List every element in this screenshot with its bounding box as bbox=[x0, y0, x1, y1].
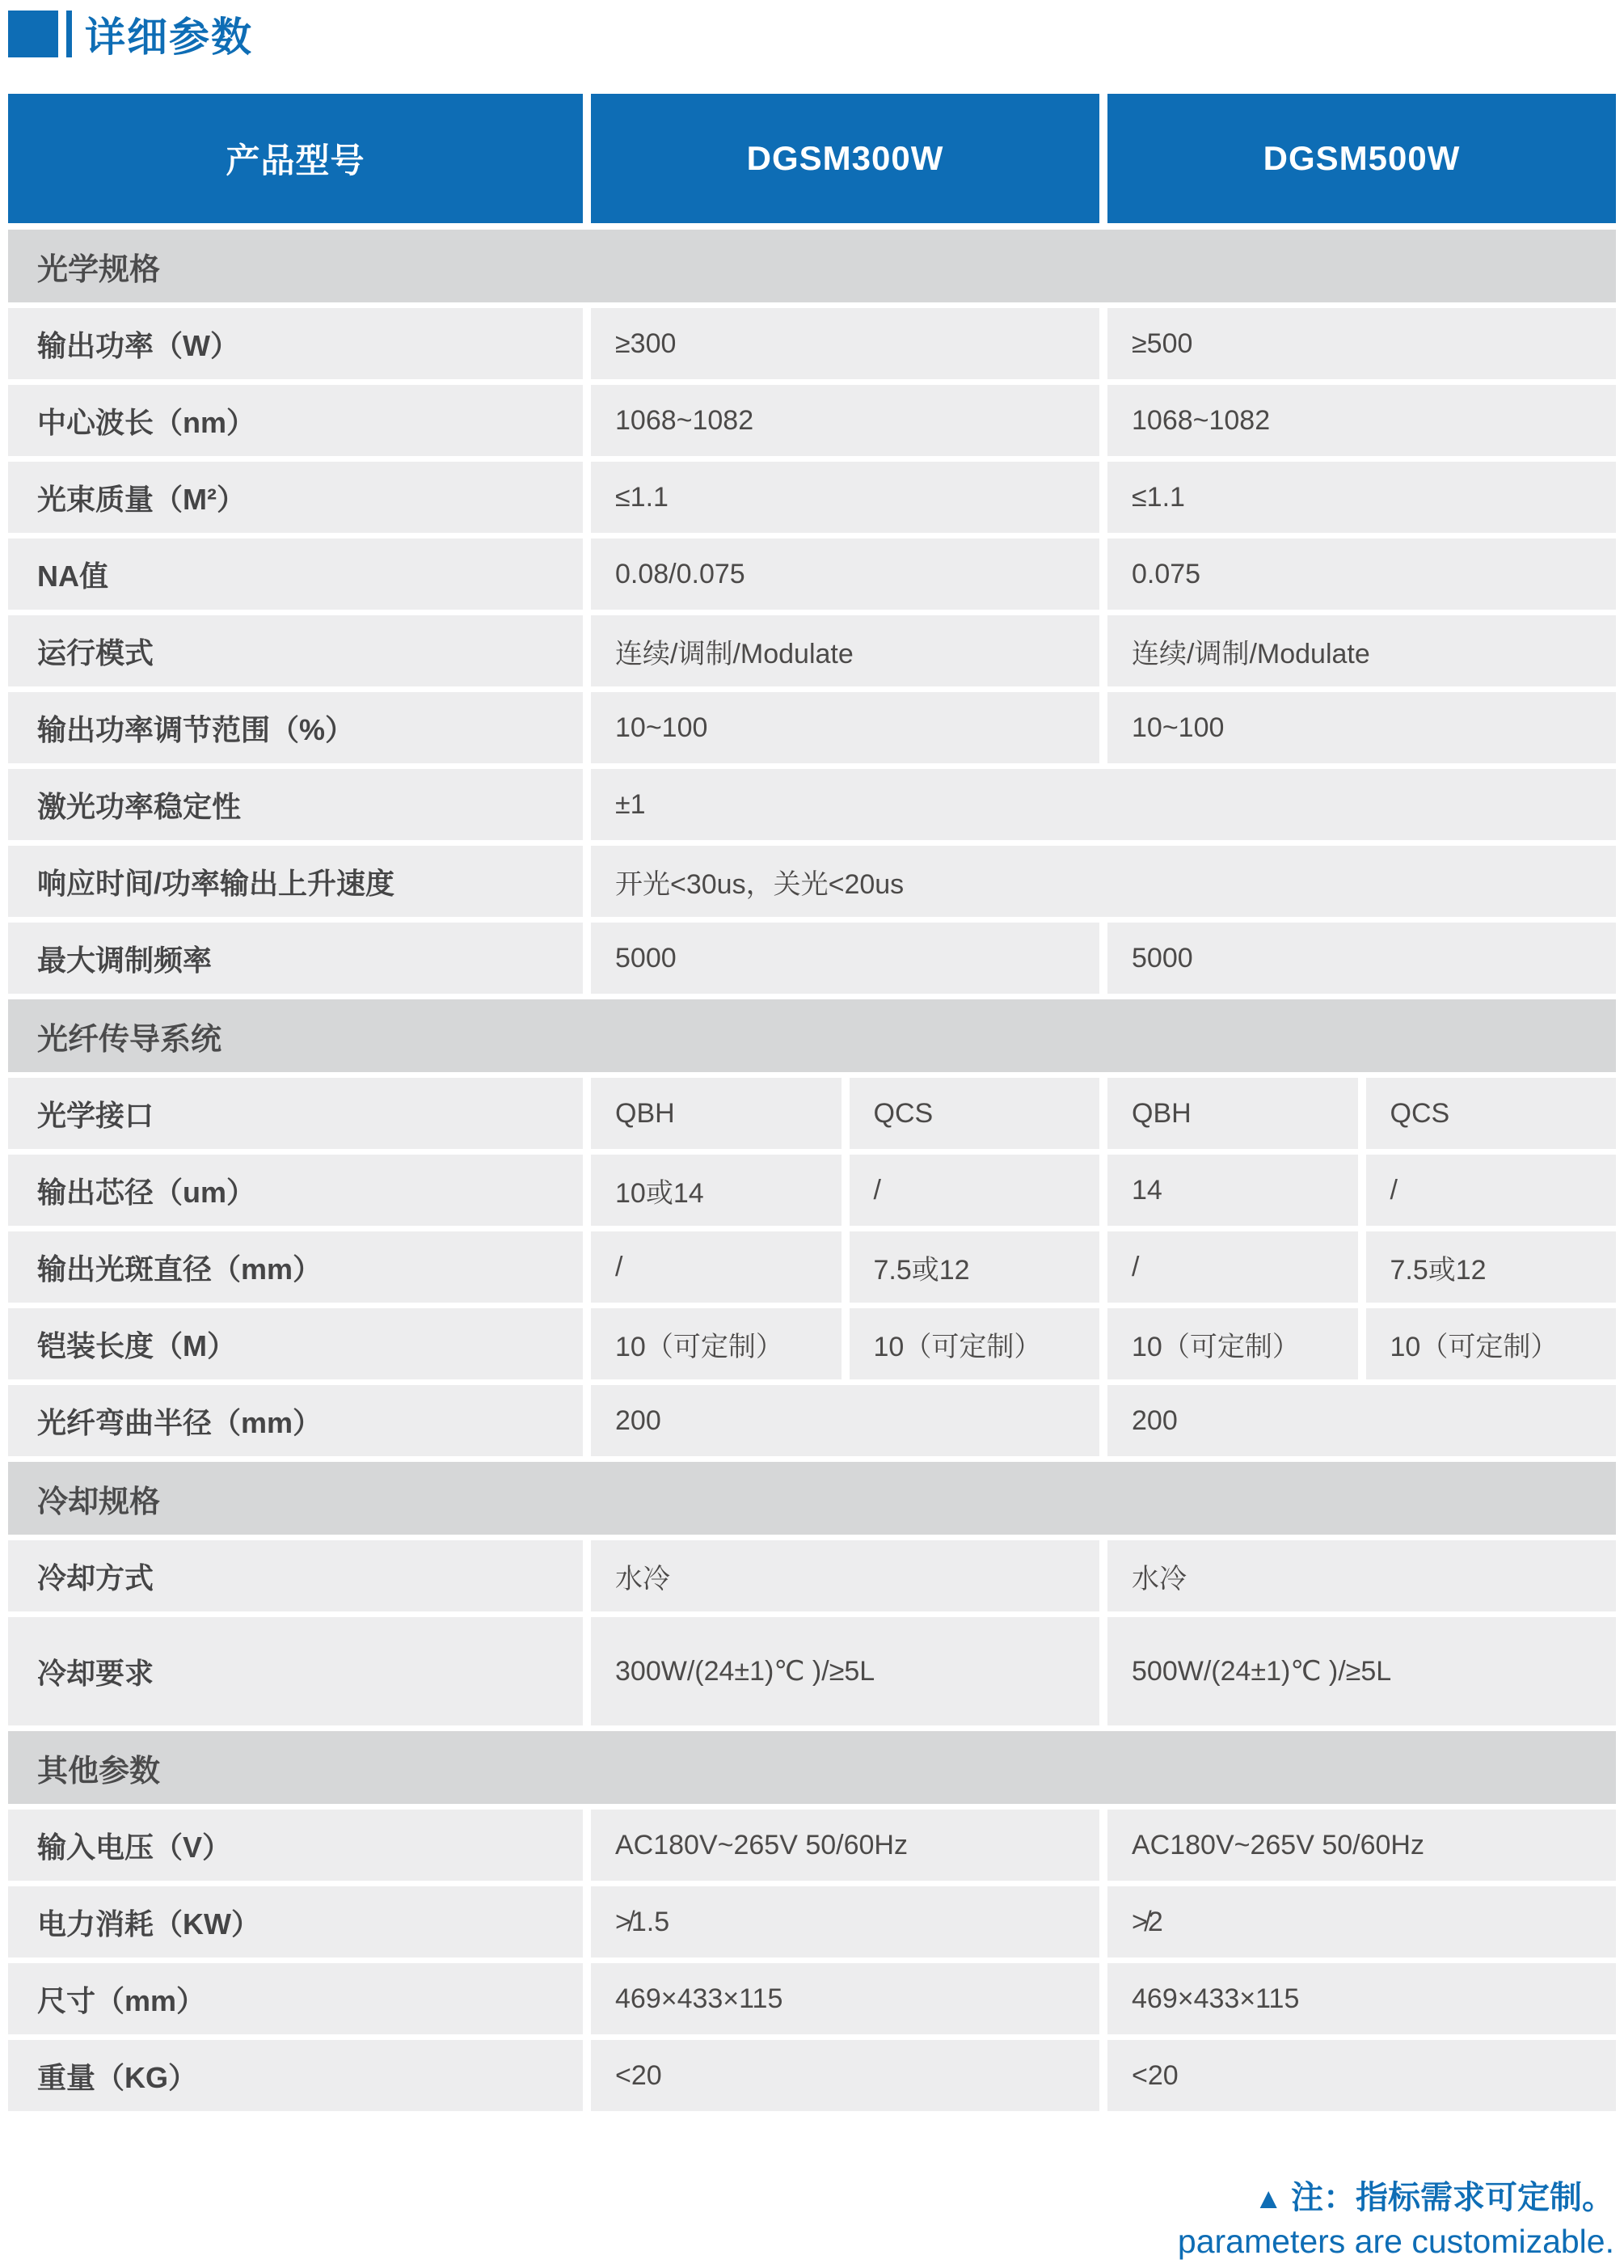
row-value: 连续/调制/Modulate bbox=[1107, 615, 1616, 686]
row-label: 光学接口 bbox=[8, 1078, 583, 1149]
table-row: 输出光斑直径（mm） / 7.5或12 / 7.5或12 bbox=[8, 1231, 1616, 1303]
title-marker-line bbox=[66, 11, 72, 57]
row-value: 水冷 bbox=[591, 1540, 1099, 1611]
row-label: 冷却要求 bbox=[8, 1617, 583, 1725]
row-value: 14 bbox=[1107, 1155, 1358, 1226]
spec-table: 产品型号 DGSM300W DGSM500W 光学规格 输出功率（W） ≥300… bbox=[8, 94, 1616, 2111]
table-row: 响应时间/功率输出上升速度 开光<30us，关光<20us bbox=[8, 846, 1616, 917]
table-row: 激光功率稳定性 ±1 bbox=[8, 769, 1616, 840]
row-label: 光束质量（M²） bbox=[8, 462, 583, 533]
header-model-dgsm300w: DGSM300W bbox=[591, 94, 1099, 223]
footnote-zh-text: 注：指标需求可定制。 bbox=[1291, 2180, 1614, 2215]
page: 详细参数 产品型号 DGSM300W DGSM500W 光学规格 输出功率（W）… bbox=[0, 0, 1624, 2262]
row-value: 469×433×115 bbox=[591, 1963, 1099, 2034]
row-value: 300W/(24±1)℃ )/≥5L bbox=[591, 1617, 1099, 1725]
row-value: 5000 bbox=[1107, 923, 1616, 994]
row-value: 469×433×115 bbox=[1107, 1963, 1616, 2034]
row-value: QBH bbox=[1107, 1078, 1358, 1149]
row-label: 运行模式 bbox=[8, 615, 583, 686]
row-value: <20 bbox=[591, 2040, 1099, 2111]
page-title-row: 详细参数 bbox=[8, 8, 1616, 60]
row-value: ≯2 bbox=[1107, 1886, 1616, 1958]
row-label: 光纤弯曲半径（mm） bbox=[8, 1385, 583, 1456]
table-row: 电力消耗（KW） ≯1.5 ≯2 bbox=[8, 1886, 1616, 1958]
table-row: 冷却方式 水冷 水冷 bbox=[8, 1540, 1616, 1611]
row-value-span: ±1 bbox=[591, 769, 1616, 840]
row-label: 最大调制频率 bbox=[8, 923, 583, 994]
row-value: 10~100 bbox=[1107, 692, 1616, 763]
row-value: 水冷 bbox=[1107, 1540, 1616, 1611]
row-value: 连续/调制/Modulate bbox=[591, 615, 1099, 686]
footnote-zh: ▲注：指标需求可定制。 bbox=[8, 2177, 1614, 2218]
row-label: NA值 bbox=[8, 538, 583, 610]
table-row: 运行模式 连续/调制/Modulate 连续/调制/Modulate bbox=[8, 615, 1616, 686]
section-header-optical: 光学规格 bbox=[8, 230, 1616, 302]
row-value: AC180V~265V 50/60Hz bbox=[591, 1810, 1099, 1881]
table-row: 输出功率（W） ≥300 ≥500 bbox=[8, 308, 1616, 379]
row-value: ≤1.1 bbox=[591, 462, 1099, 533]
row-label: 输出光斑直径（mm） bbox=[8, 1231, 583, 1303]
table-row: 输入电压（V） AC180V~265V 50/60Hz AC180V~265V … bbox=[8, 1810, 1616, 1881]
row-value: 10或14 bbox=[591, 1155, 842, 1226]
row-value: 200 bbox=[591, 1385, 1099, 1456]
section-header-fiber: 光纤传导系统 bbox=[8, 999, 1616, 1072]
row-value: / bbox=[1366, 1155, 1617, 1226]
row-value: QCS bbox=[1366, 1078, 1617, 1149]
row-value: <20 bbox=[1107, 2040, 1616, 2111]
row-value: 7.5或12 bbox=[850, 1231, 1100, 1303]
row-value: ≥300 bbox=[591, 308, 1099, 379]
row-value: ≤1.1 bbox=[1107, 462, 1616, 533]
row-label: 输出功率（W） bbox=[8, 308, 583, 379]
section-header-cooling: 冷却规格 bbox=[8, 1462, 1616, 1535]
row-value: 200 bbox=[1107, 1385, 1616, 1456]
table-row: 中心波长（nm） 1068~1082 1068~1082 bbox=[8, 385, 1616, 456]
table-header-row: 产品型号 DGSM300W DGSM500W bbox=[8, 94, 1616, 223]
row-label: 输出芯径（um） bbox=[8, 1155, 583, 1226]
table-row: 光束质量（M²） ≤1.1 ≤1.1 bbox=[8, 462, 1616, 533]
table-row: 铠装长度（M） 10（可定制） 10（可定制） 10（可定制） 10（可定制） bbox=[8, 1308, 1616, 1379]
row-label: 尺寸（mm） bbox=[8, 1963, 583, 2034]
footnote-en: parameters are customizable. bbox=[8, 2221, 1614, 2262]
row-label: 铠装长度（M） bbox=[8, 1308, 583, 1379]
header-model-dgsm500w: DGSM500W bbox=[1107, 94, 1616, 223]
table-row: 冷却要求 300W/(24±1)℃ )/≥5L 500W/(24±1)℃ )/≥… bbox=[8, 1617, 1616, 1725]
table-row: 尺寸（mm） 469×433×115 469×433×115 bbox=[8, 1963, 1616, 2034]
header-product-model: 产品型号 bbox=[8, 94, 583, 223]
row-label: 中心波长（nm） bbox=[8, 385, 583, 456]
table-row: 光学接口 QBH QCS QBH QCS bbox=[8, 1078, 1616, 1149]
row-value: QCS bbox=[850, 1078, 1100, 1149]
row-value: 500W/(24±1)℃ )/≥5L bbox=[1107, 1617, 1616, 1725]
row-value: ≯1.5 bbox=[591, 1886, 1099, 1958]
row-value: AC180V~265V 50/60Hz bbox=[1107, 1810, 1616, 1881]
row-value: 0.08/0.075 bbox=[591, 538, 1099, 610]
row-value: / bbox=[591, 1231, 842, 1303]
row-value: 7.5或12 bbox=[1366, 1231, 1617, 1303]
table-row: 重量（KG） <20 <20 bbox=[8, 2040, 1616, 2111]
row-value: / bbox=[850, 1155, 1100, 1226]
row-value: 10（可定制） bbox=[850, 1308, 1100, 1379]
table-row: 输出功率调节范围（%） 10~100 10~100 bbox=[8, 692, 1616, 763]
triangle-icon: ▲ bbox=[1254, 2181, 1283, 2215]
row-label: 响应时间/功率输出上升速度 bbox=[8, 846, 583, 917]
row-value: QBH bbox=[591, 1078, 842, 1149]
row-value: 5000 bbox=[591, 923, 1099, 994]
section-header-other: 其他参数 bbox=[8, 1731, 1616, 1804]
row-value: 10（可定制） bbox=[1366, 1308, 1617, 1379]
row-value: 1068~1082 bbox=[591, 385, 1099, 456]
row-value: / bbox=[1107, 1231, 1358, 1303]
row-value: 1068~1082 bbox=[1107, 385, 1616, 456]
row-label: 激光功率稳定性 bbox=[8, 769, 583, 840]
row-value: 10~100 bbox=[591, 692, 1099, 763]
row-label: 冷却方式 bbox=[8, 1540, 583, 1611]
table-row: 最大调制频率 5000 5000 bbox=[8, 923, 1616, 994]
row-value-span: 开光<30us，关光<20us bbox=[591, 846, 1616, 917]
row-label: 输出功率调节范围（%） bbox=[8, 692, 583, 763]
footnote: ▲注：指标需求可定制。 parameters are customizable. bbox=[8, 2177, 1616, 2262]
table-row: NA值 0.08/0.075 0.075 bbox=[8, 538, 1616, 610]
row-label: 重量（KG） bbox=[8, 2040, 583, 2111]
row-value: 10（可定制） bbox=[1107, 1308, 1358, 1379]
page-title: 详细参数 bbox=[85, 5, 253, 63]
row-label: 输入电压（V） bbox=[8, 1810, 583, 1881]
row-value: 10（可定制） bbox=[591, 1308, 842, 1379]
title-marker-square bbox=[8, 11, 58, 57]
row-value: 0.075 bbox=[1107, 538, 1616, 610]
row-label: 电力消耗（KW） bbox=[8, 1886, 583, 1958]
table-row: 输出芯径（um） 10或14 / 14 / bbox=[8, 1155, 1616, 1226]
table-row: 光纤弯曲半径（mm） 200 200 bbox=[8, 1385, 1616, 1456]
row-value: ≥500 bbox=[1107, 308, 1616, 379]
